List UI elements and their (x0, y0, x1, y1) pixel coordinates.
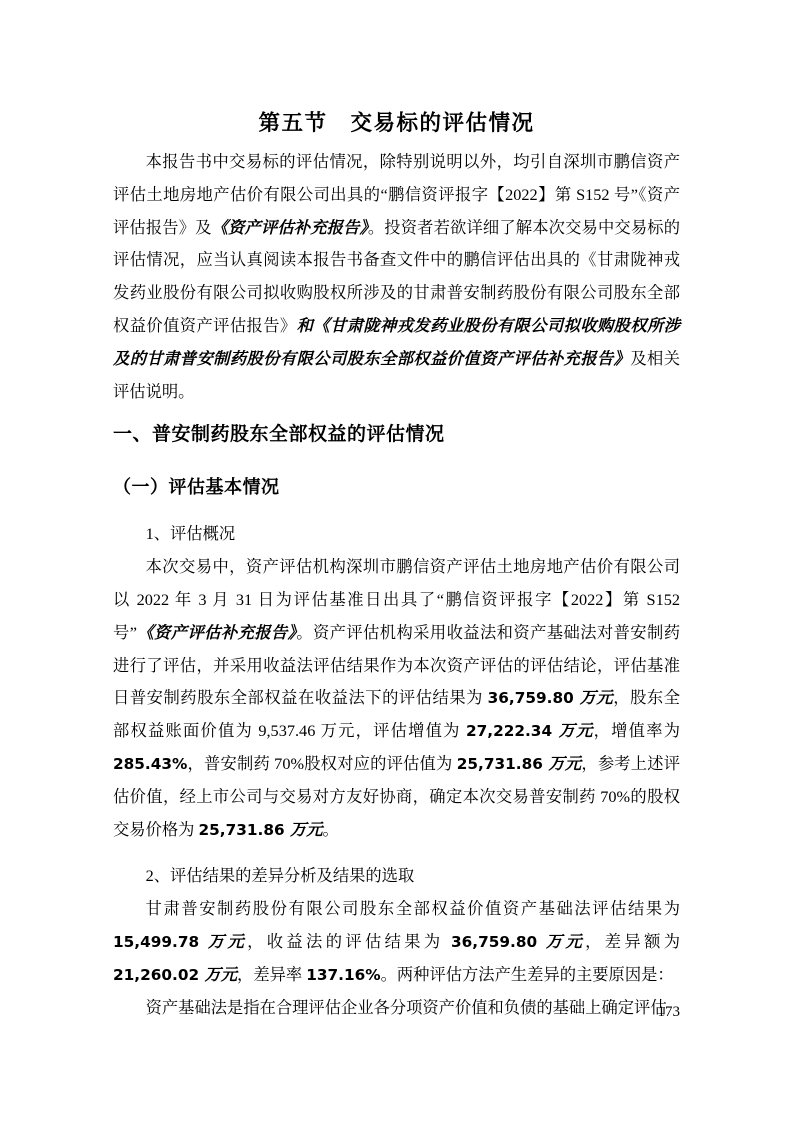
text-run: ，增值率为 (594, 721, 680, 740)
intro-paragraph: 本报告书中交易标的评估情况，除特别说明以外，均引自深圳市鹏信资产评估土地房地产估… (113, 146, 680, 408)
text-run: 。 (323, 820, 339, 839)
text-run: 《资产评估补充报告》 (212, 218, 368, 237)
text-run: 285.43% (113, 755, 187, 773)
text-run: 万元 (290, 820, 323, 839)
asset-method-paragraph: 资产基础法是指在合理评估企业各分项资产价值和负债的基础上确定评估 (113, 992, 680, 1025)
section-title: 第五节 交易标的评估情况 (113, 108, 680, 138)
item-overview-label: 1、评估概况 (113, 518, 680, 551)
page-number: 173 (658, 1002, 681, 1022)
text-run: 27,222.34 (466, 722, 559, 740)
heading-basic-info: （一）评估基本情况 (113, 475, 680, 500)
text-run: 万元 (546, 932, 585, 951)
document-page: 第五节 交易标的评估情况 本报告书中交易标的评估情况，除特别说明以外，均引自深圳… (0, 0, 793, 1122)
text-run: 万元 (548, 754, 581, 773)
text-run: 21,260.02 (113, 966, 204, 984)
text-run: ，差异额为 (585, 932, 680, 951)
text-run: 万元 (204, 965, 237, 984)
text-run: 《资产评估补充报告》 (137, 623, 296, 642)
text-run: 137.16% (306, 966, 380, 984)
text-run: 36,759.80 (488, 689, 580, 707)
difference-paragraph: 甘肃普安制药股份有限公司股东全部权益价值资产基础法评估结果为 15,499.78… (113, 893, 680, 991)
item-difference-label: 2、评估结果的差异分析及结果的选取 (113, 860, 680, 893)
text-run: 25,731.86 (457, 755, 549, 773)
text-run: ，收益法的评估结果为 (247, 932, 451, 951)
text-run: 甘肃普安制药股份有限公司股东全部权益价值资产基础法评估结果为 (146, 899, 680, 918)
overview-paragraph: 本次交易中，资产评估机构深圳市鹏信资产评估土地房地产估价有限公司以 2022 年… (113, 551, 680, 846)
text-run: 。两种评估方法产生差异的主要原因是： (381, 965, 674, 984)
text-run: 资产基础法是指在合理评估企业各分项资产价值和负债的基础上确定评估 (146, 998, 667, 1017)
text-run: 万元 (580, 688, 614, 707)
heading-equity-valuation: 一、普安制药股东全部权益的评估情况 (113, 422, 680, 448)
text-run: 万元 (208, 932, 247, 951)
text-run: 25,731.86 (198, 821, 289, 839)
text-run: ，普安制药 70%股权对应的评估值为 (187, 754, 456, 773)
text-run: ，差异率 (237, 965, 306, 984)
text-run: 万元 (559, 721, 594, 740)
text-run: 15,499.78 (113, 933, 208, 951)
text-run: 36,759.80 (451, 933, 546, 951)
